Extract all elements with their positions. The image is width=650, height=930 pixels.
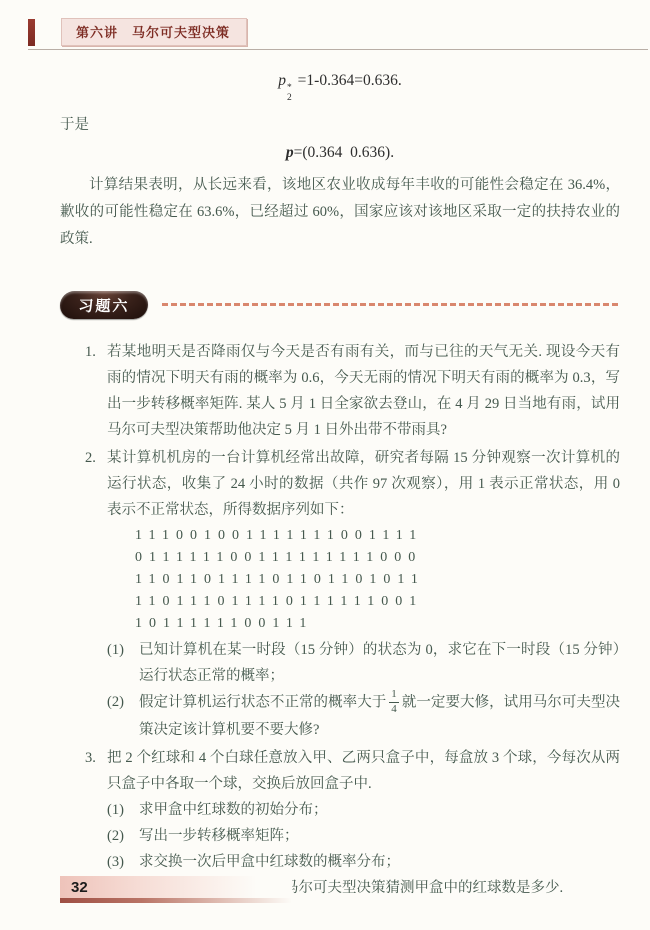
page-footer: 32 [60,876,292,903]
subitem-text: 假定计算机运行状态不正常的概率大于14就一定要大修，试用马尔可夫型决策决定该计算… [139,689,620,744]
exercise-1-number: 1. [85,339,107,443]
data-line-2: 011111100111111111000 [135,547,620,569]
fraction-denominator: 4 [389,702,399,717]
data-line-5: 1011111100111 [135,613,620,635]
chapter-marker-bar [28,19,35,46]
formula-p-vector-expression: =(0.364 0.636). [294,144,394,161]
fraction-one-quarter: 14 [389,688,399,717]
exercise-2-number: 2. [85,445,107,744]
fraction-numerator: 1 [389,688,399,702]
exercise-2: 2. 某计算机机房的一台计算机经常出故障，研究者每隔 15 分钟观察一次计算机的… [85,445,620,744]
connector-text: 于是 [60,112,620,138]
exercises-section-header: 习题六 [60,291,620,319]
math-subsup: *2 [287,84,292,104]
textbook-page: 第六讲 马尔可夫型决策 p*2 =1-0.364=0.636. 于是 p=(0.… [0,0,650,930]
formula-steady-state-p2: p*2 =1-0.364=0.636. [60,72,620,104]
result-paragraph: 计算结果表明，从长远来看，该地区农业收成每年丰收的可能性会稳定在 36.4%，歉… [60,172,620,253]
exercise-3-subitem-3: (3) 求交换一次后甲盒中红球数的概率分布； [107,849,620,875]
subitem-label: (1) [107,797,139,823]
exercise-3-subitem-1: (1) 求甲盒中红球数的初始分布； [107,797,620,823]
exercises-badge: 习题六 [60,291,149,319]
exercise-3-text: 把 2 个红球和 4 个白球任意放入甲、乙两只盒子中，每盒放 3 个球，今每次从… [107,750,620,792]
exercises-badge-label: 习题六 [78,294,130,315]
math-variable-p2: p [278,72,286,89]
chapter-title: 第六讲 马尔可夫型决策 [76,25,230,40]
subitem-label: (3) [107,849,139,875]
exercise-2-subitem-2: (2) 假定计算机运行状态不正常的概率大于14就一定要大修，试用马尔可夫型决策决… [107,689,620,744]
subitem-label: (1) [107,637,139,689]
exercise-2-text: 某计算机机房的一台计算机经常出故障，研究者每隔 15 分钟观察一次计算机的运行状… [107,450,620,518]
math-variable-p: p [286,144,294,161]
subitem-text: 写出一步转移概率矩阵； [139,823,620,849]
subitem-text: 已知计算机在某一时段（15 分钟）的状态为 0，求它在下一时段（15 分钟）运行… [139,637,620,689]
exercise-3-subitem-2: (2) 写出一步转移概率矩阵； [107,823,620,849]
data-line-4: 110111011110111111001 [135,591,620,613]
observation-data-block: 111001001111111001111 011111100111111111… [135,525,620,635]
subitem-label: (2) [107,689,139,744]
formula-p-vector: p=(0.364 0.636). [60,144,620,162]
dashed-divider [162,303,618,306]
chapter-title-box: 第六讲 马尔可夫型决策 [61,18,247,46]
exercise-list: 1. 若某地明天是否降雨仅与今天是否有雨有关，而与已往的天气无关. 现设今天有雨… [85,339,620,902]
subitem-text: 求交换一次后甲盒中红球数的概率分布； [139,849,620,875]
exercise-1: 1. 若某地明天是否降雨仅与今天是否有雨有关，而与已往的天气无关. 现设今天有雨… [85,339,620,443]
data-line-3: 110110111101101101011 [135,569,620,591]
footer-accent-strip [60,898,292,903]
page-number: 32 [71,879,88,896]
data-line-1: 111001001111111001111 [135,525,620,547]
subitem-2-pre-text: 假定计算机运行状态不正常的概率大于 [139,695,386,711]
exercise-1-text: 若某地明天是否降雨仅与今天是否有雨有关，而与已往的天气无关. 现设今天有雨的情况… [107,339,620,443]
chapter-header: 第六讲 马尔可夫型决策 [28,18,648,50]
math-subscript: 2 [287,94,292,104]
page-number-box: 32 [60,876,292,898]
subitem-label: (2) [107,823,139,849]
formula-p2-expression: =1-0.364=0.636. [294,72,402,89]
exercise-2-body: 某计算机机房的一台计算机经常出故障，研究者每隔 15 分钟观察一次计算机的运行状… [107,445,620,744]
subitem-text: 求甲盒中红球数的初始分布； [139,797,620,823]
exercise-2-subitem-1: (1) 已知计算机在某一时段（15 分钟）的状态为 0，求它在下一时段（15 分… [107,637,620,689]
